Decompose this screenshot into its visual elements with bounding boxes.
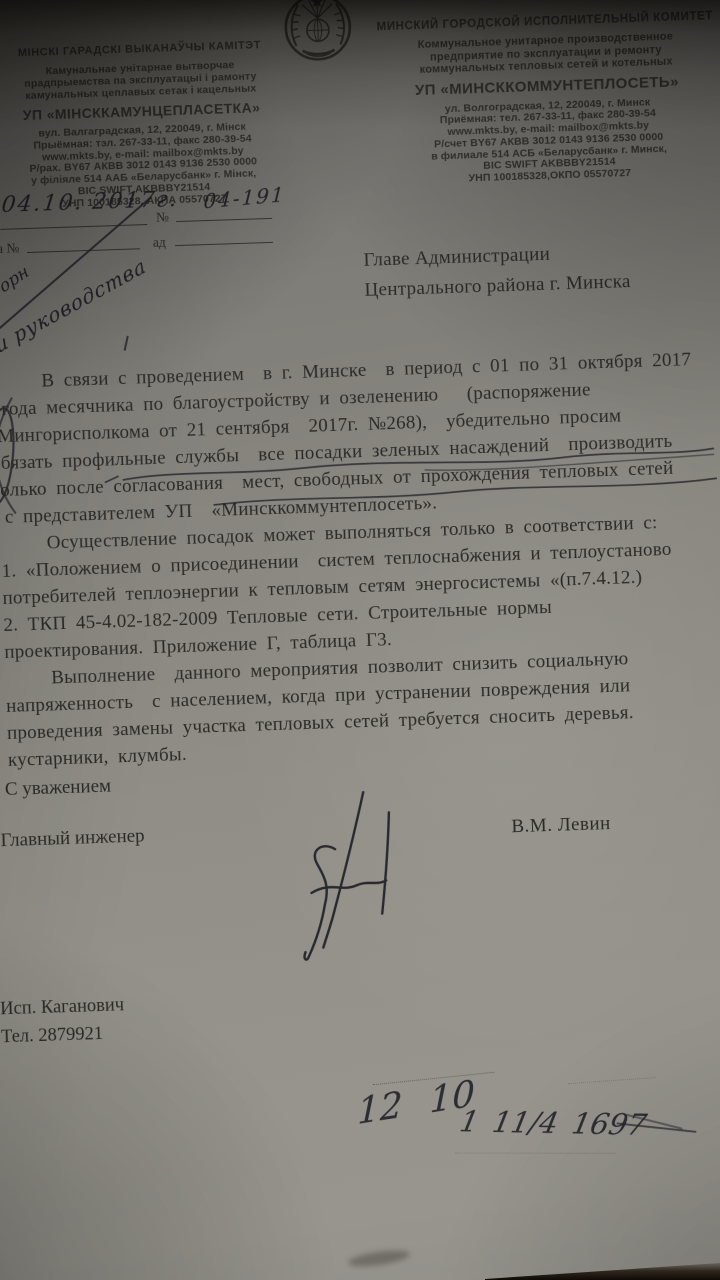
committee-name-by: МІНСКІ ГАРАДСКІ ВЫКАНАЎЧЫ КАМІТЭТ [0, 38, 290, 60]
signer-position: Главный инженер [0, 825, 145, 852]
reply-date-rule [175, 241, 273, 246]
state-emblem-icon [281, 0, 356, 69]
faint-pen-line [455, 1153, 615, 1154]
letter-body: В связи с проведением в г. Минске в пери… [0, 344, 720, 774]
document-photo: МІНСКІ ГАРАДСКІ ВЫКАНАЎЧЫ КАМІТЭТ Камуна… [0, 0, 720, 1280]
salutation: С уважением [5, 776, 112, 802]
number-rule [176, 217, 272, 222]
executor-name: Исп. Каганович [0, 991, 125, 1023]
handwritten-bottom-note-1: 12 10 [357, 1073, 475, 1133]
executor-block: Исп. Каганович Тел. 2879921 [0, 991, 125, 1051]
executor-phone: Тел. 2879921 [1, 1019, 126, 1051]
faint-pen-line [568, 1077, 656, 1084]
signer-name: В.М. Левин [511, 813, 611, 838]
letterhead-right: МИНСКИЙ ГОРОДСКОЙ ИСПОЛНИТЕЛЬНЫЙ КОМИТЕТ… [375, 10, 720, 188]
signature-scribble [275, 784, 426, 969]
addressee-block: Главе Администрации Центрального района … [363, 237, 631, 306]
company-name-by: УП «МІНСККАМУНЦЕПЛАСЕТКА» [0, 98, 292, 124]
letter-sheet: МІНСКІ ГАРАДСКІ ВЫКАНАЎЧЫ КАМІТЭТ Камуна… [0, 0, 720, 1280]
